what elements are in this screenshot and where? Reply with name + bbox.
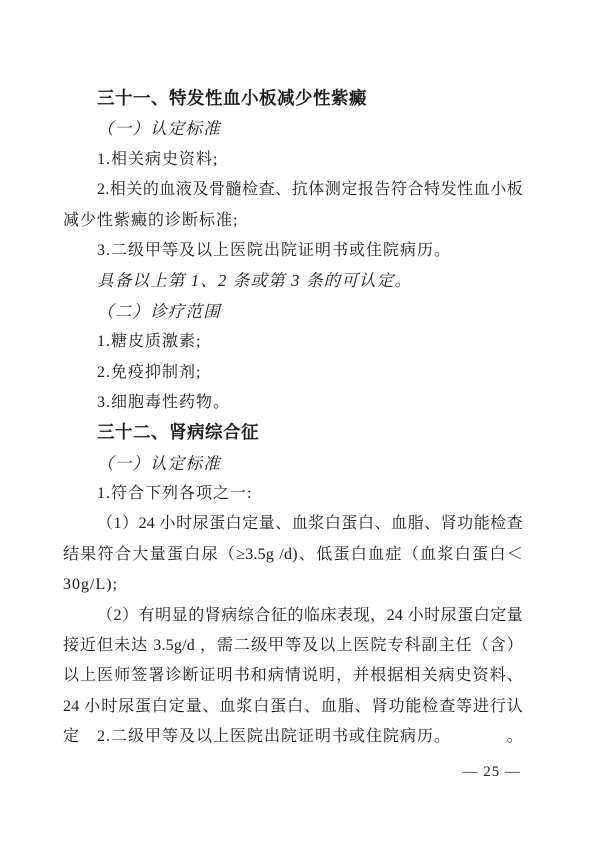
section32-heading: 三十二、肾病综合征: [63, 418, 523, 448]
section32-sub1-title: （一）认定标准: [63, 449, 523, 479]
document-page: 三十一、特发性血小板减少性紫癜 （一）认定标准 1.相关病史资料; 2.相关的血…: [0, 0, 600, 849]
section31-item2-line1: 2.相关的血液及骨髓检查、抗体测定报告符合特发性血小板: [63, 175, 523, 205]
section31-treatment3: 3.细胞毒性药物。: [63, 388, 523, 418]
section31-note: 具备以上第 1、2 条或第 3 条的可认定。: [63, 266, 523, 296]
page-number: — 25 —: [0, 761, 521, 783]
section31-sub2-title: （二）诊疗范围: [63, 297, 523, 327]
section32-item1-sub1-line3: 30g/L);: [63, 570, 523, 600]
section32-item1: 1.符合下列各项之一:: [63, 479, 523, 509]
section31-treatment2: 2.免疫抑制剂;: [63, 358, 523, 388]
section31-item1: 1.相关病史资料;: [63, 145, 523, 175]
section32-item1-sub2-line1: （2）有明显的肾病综合征的临床表现，24 小时尿蛋白定量: [63, 601, 523, 631]
section31-treatment1: 1.糖皮质激素;: [63, 327, 523, 357]
section31-item3: 3.二级甲等及以上医院出院证明书或住院病历。: [63, 236, 523, 266]
document-content: 三十一、特发性血小板减少性紫癜 （一）认定标准 1.相关病史资料; 2.相关的血…: [63, 84, 523, 753]
section32-item1-sub1-line2: 结果符合大量蛋白尿（≥3.5g /d)、低蛋白血症（血浆白蛋白＜: [63, 540, 523, 570]
section32-item1-sub2-line2: 接近但未达 3.5g/d ，需二级甲等及以上医院专科副主任（含）: [63, 631, 523, 661]
section31-heading: 三十一、特发性血小板减少性紫癜: [63, 84, 523, 114]
section31-sub1-title: （一）认定标准: [63, 114, 523, 144]
section31-item2-line2: 减少性紫癜的诊断标准;: [63, 206, 523, 236]
section32-item1-sub2-line4: 24 小时尿蛋白定量、血浆白蛋白、血脂、肾功能检查等进行认定。: [63, 692, 523, 722]
section32-item1-sub2-line3: 以上医师签署诊断证明书和病情说明，并根据相关病史资料、: [63, 661, 523, 691]
section32-item1-sub1-line1: （1）24 小时尿蛋白定量、血浆白蛋白、血脂、肾功能检查: [63, 509, 523, 539]
